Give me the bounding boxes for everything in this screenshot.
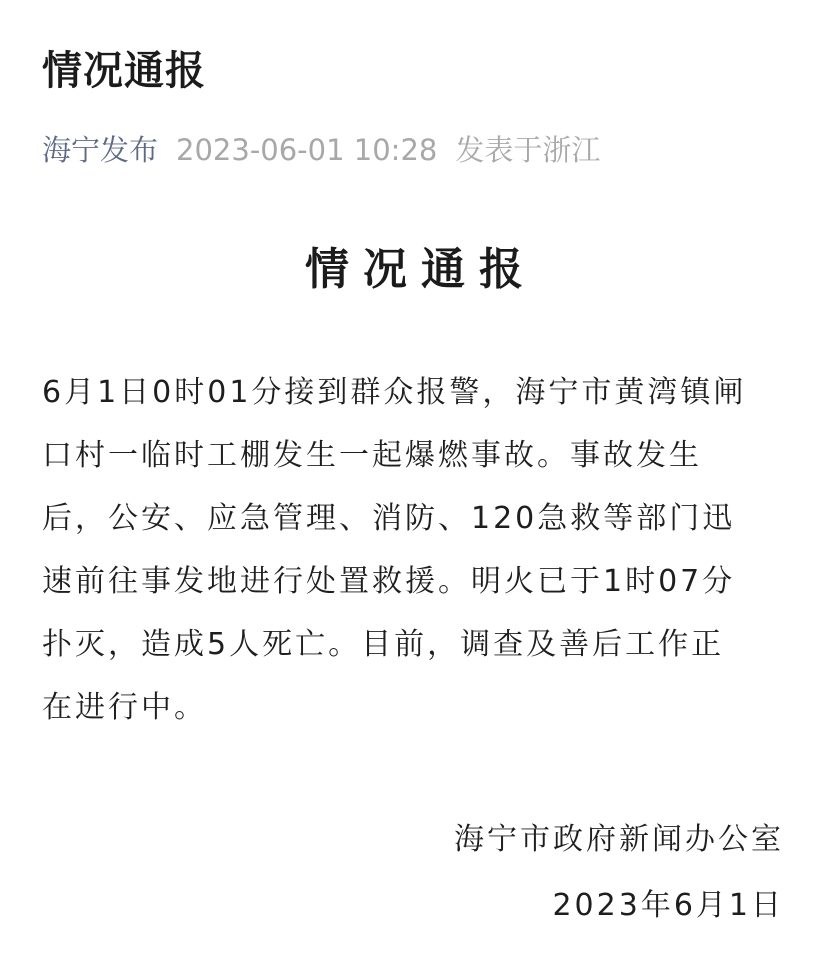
signature-block: 海宁市政府新闻办公室 2023年6月1日 (454, 812, 784, 934)
article-title: 情况通报 (42, 44, 206, 98)
notice-title: 情况通报 (0, 240, 828, 300)
signature-issuer: 海宁市政府新闻办公室 (454, 822, 784, 857)
publish-datetime: 2023-06-01 10:28 (176, 133, 437, 167)
body-line: 口村一临时工棚发生一起爆燃事故。事故发生 (42, 424, 790, 487)
body-line: 后，公安、应急管理、消防、120急救等部门迅 (42, 487, 790, 550)
account-name-link[interactable]: 海宁发布 (42, 133, 158, 167)
body-line: 在进行中。 (42, 676, 790, 739)
notice-body: 6月1日0时01分接到群众报警，海宁市黄湾镇闸 口村一临时工棚发生一起爆燃事故。… (42, 361, 790, 739)
body-line: 速前往事发地进行处置救援。明火已于1时07分 (42, 550, 790, 613)
signature-date: 2023年6月1日 (454, 878, 784, 934)
body-line: 6月1日0时01分接到群众报警，海宁市黄湾镇闸 (42, 361, 790, 424)
article-meta: 海宁发布2023-06-01 10:28发表于浙江 (42, 130, 600, 170)
publish-location: 发表于浙江 (455, 133, 600, 167)
body-line: 扑灭，造成5人死亡。目前，调查及善后工作正 (42, 613, 790, 676)
